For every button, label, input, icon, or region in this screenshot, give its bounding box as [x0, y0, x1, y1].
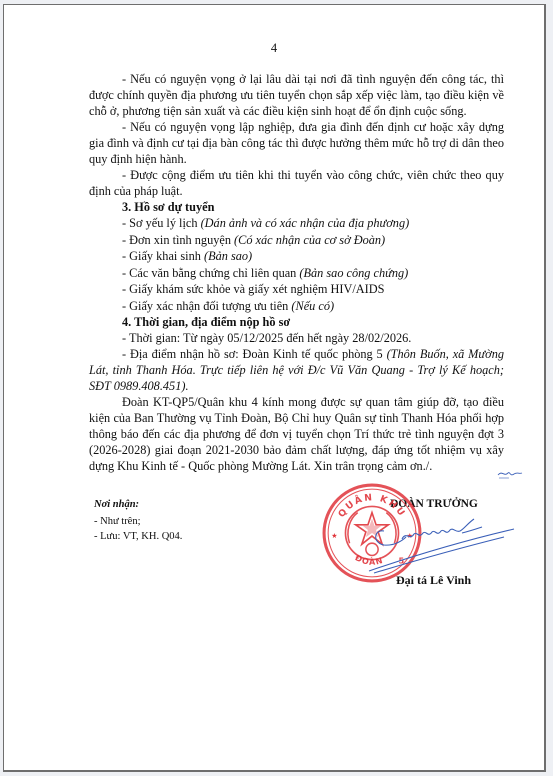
list-item: - Đơn xin tình nguyện (Có xác nhận của c…: [89, 232, 504, 249]
signature-block: ĐOÀN TRƯỞNG QUÂN KHU ĐOÀN 5: [304, 495, 544, 605]
list-item: - Các văn bằng chứng chỉ liên quan (Bản …: [89, 265, 504, 282]
section-heading-submission: 4. Thời gian, địa điểm nộp hồ sơ: [89, 314, 504, 330]
page-number: 4: [4, 41, 544, 56]
recipients-block: Nơi nhận: - Như trên; - Lưu: VT, KH. Q04…: [94, 497, 182, 544]
submission-place: - Địa điểm nhận hồ sơ: Đoàn Kinh tế quốc…: [89, 346, 504, 394]
recipient-item: - Như trên;: [94, 514, 182, 529]
handwritten-signature-icon: [344, 501, 544, 581]
closing-paragraph: Đoàn KT-QP5/Quân khu 4 kính mong được sự…: [89, 394, 504, 474]
document-body: - Nếu có nguyện vọng ở lại lâu dài tại n…: [89, 71, 504, 474]
submission-time: - Thời gian: Từ ngày 05/12/2025 đến hết …: [89, 330, 504, 346]
list-item: - Giấy xác nhận đối tượng ưu tiên (Nếu c…: [89, 298, 504, 315]
document-page: 4 - Nếu có nguyện vọng ở lại lâu dài tại…: [3, 4, 546, 772]
list-item: - Giấy khai sinh (Bản sao): [89, 248, 504, 265]
list-item: - Sơ yếu lý lịch (Dán ảnh và có xác nhận…: [89, 215, 504, 232]
benefit-paragraph: - Nếu có nguyện vọng lập nghiệp, đưa gia…: [89, 119, 504, 167]
recipient-item: - Lưu: VT, KH. Q04.: [94, 529, 182, 544]
documents-list: - Sơ yếu lý lịch (Dán ảnh và có xác nhận…: [89, 215, 504, 314]
svg-text:★: ★: [331, 532, 337, 540]
list-item: - Giấy khám sức khỏe và giấy xét nghiệm …: [89, 281, 504, 298]
benefit-paragraph: - Được cộng điểm ưu tiên khi thi tuyển v…: [89, 167, 504, 199]
recipients-title: Nơi nhận:: [94, 497, 182, 512]
initial-mark-icon: [497, 468, 523, 480]
benefit-paragraph: - Nếu có nguyện vọng ở lại lâu dài tại n…: [89, 71, 504, 119]
section-heading-documents: 3. Hồ sơ dự tuyển: [89, 199, 504, 215]
signer-name: Đại tá Lê Vinh: [396, 573, 471, 588]
